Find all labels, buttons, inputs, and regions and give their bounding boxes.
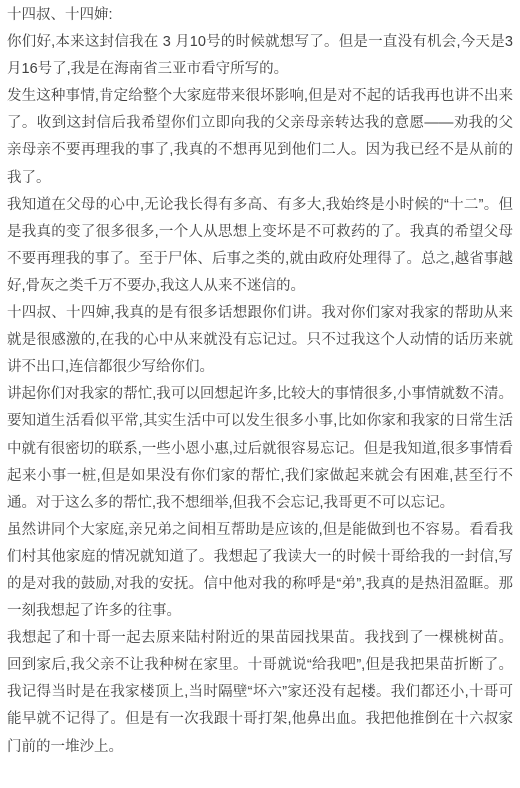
letter-paragraph-gratitude: 十四叔、十四婶,我真的是有很多话想跟你们讲。我对你们家对我家的帮助从来就是很感激… — [7, 300, 513, 381]
letter-paragraph-memories: 我想起了和十哥一起去原来陆村附近的果苗园找果苗。我找到了一棵桃树苗。回到家后,我… — [7, 625, 513, 760]
letter-salutation: 十四叔、十四婶: — [7, 2, 513, 29]
letter-paragraph-apology: 发生这种事情,肯定给整个大家庭带来很坏影响,但是对不起的话我再也讲不出来了。收到… — [7, 83, 513, 191]
letter-paragraph-help: 讲起你们对我家的帮忙,我可以回想起许多,比较大的事情很多,小事情就数不清。要知道… — [7, 381, 513, 516]
letter-paragraph-parents: 我知道在父母的心中,无论我长得有多高、有多大,我始终是小时候的“十二”。但是我真… — [7, 192, 513, 300]
letter-document: 十四叔、十四婶: 你们好,本来这封信我在 3 月10号的时候就想写了。但是一直没… — [0, 0, 520, 761]
letter-paragraph-greeting: 你们好,本来这封信我在 3 月10号的时候就想写了。但是一直没有机会,今天是3月… — [7, 29, 513, 83]
letter-paragraph-family: 虽然讲同个大家庭,亲兄弟之间相互帮助是应该的,但是能做到也不容易。看看我们村其他… — [7, 517, 513, 625]
